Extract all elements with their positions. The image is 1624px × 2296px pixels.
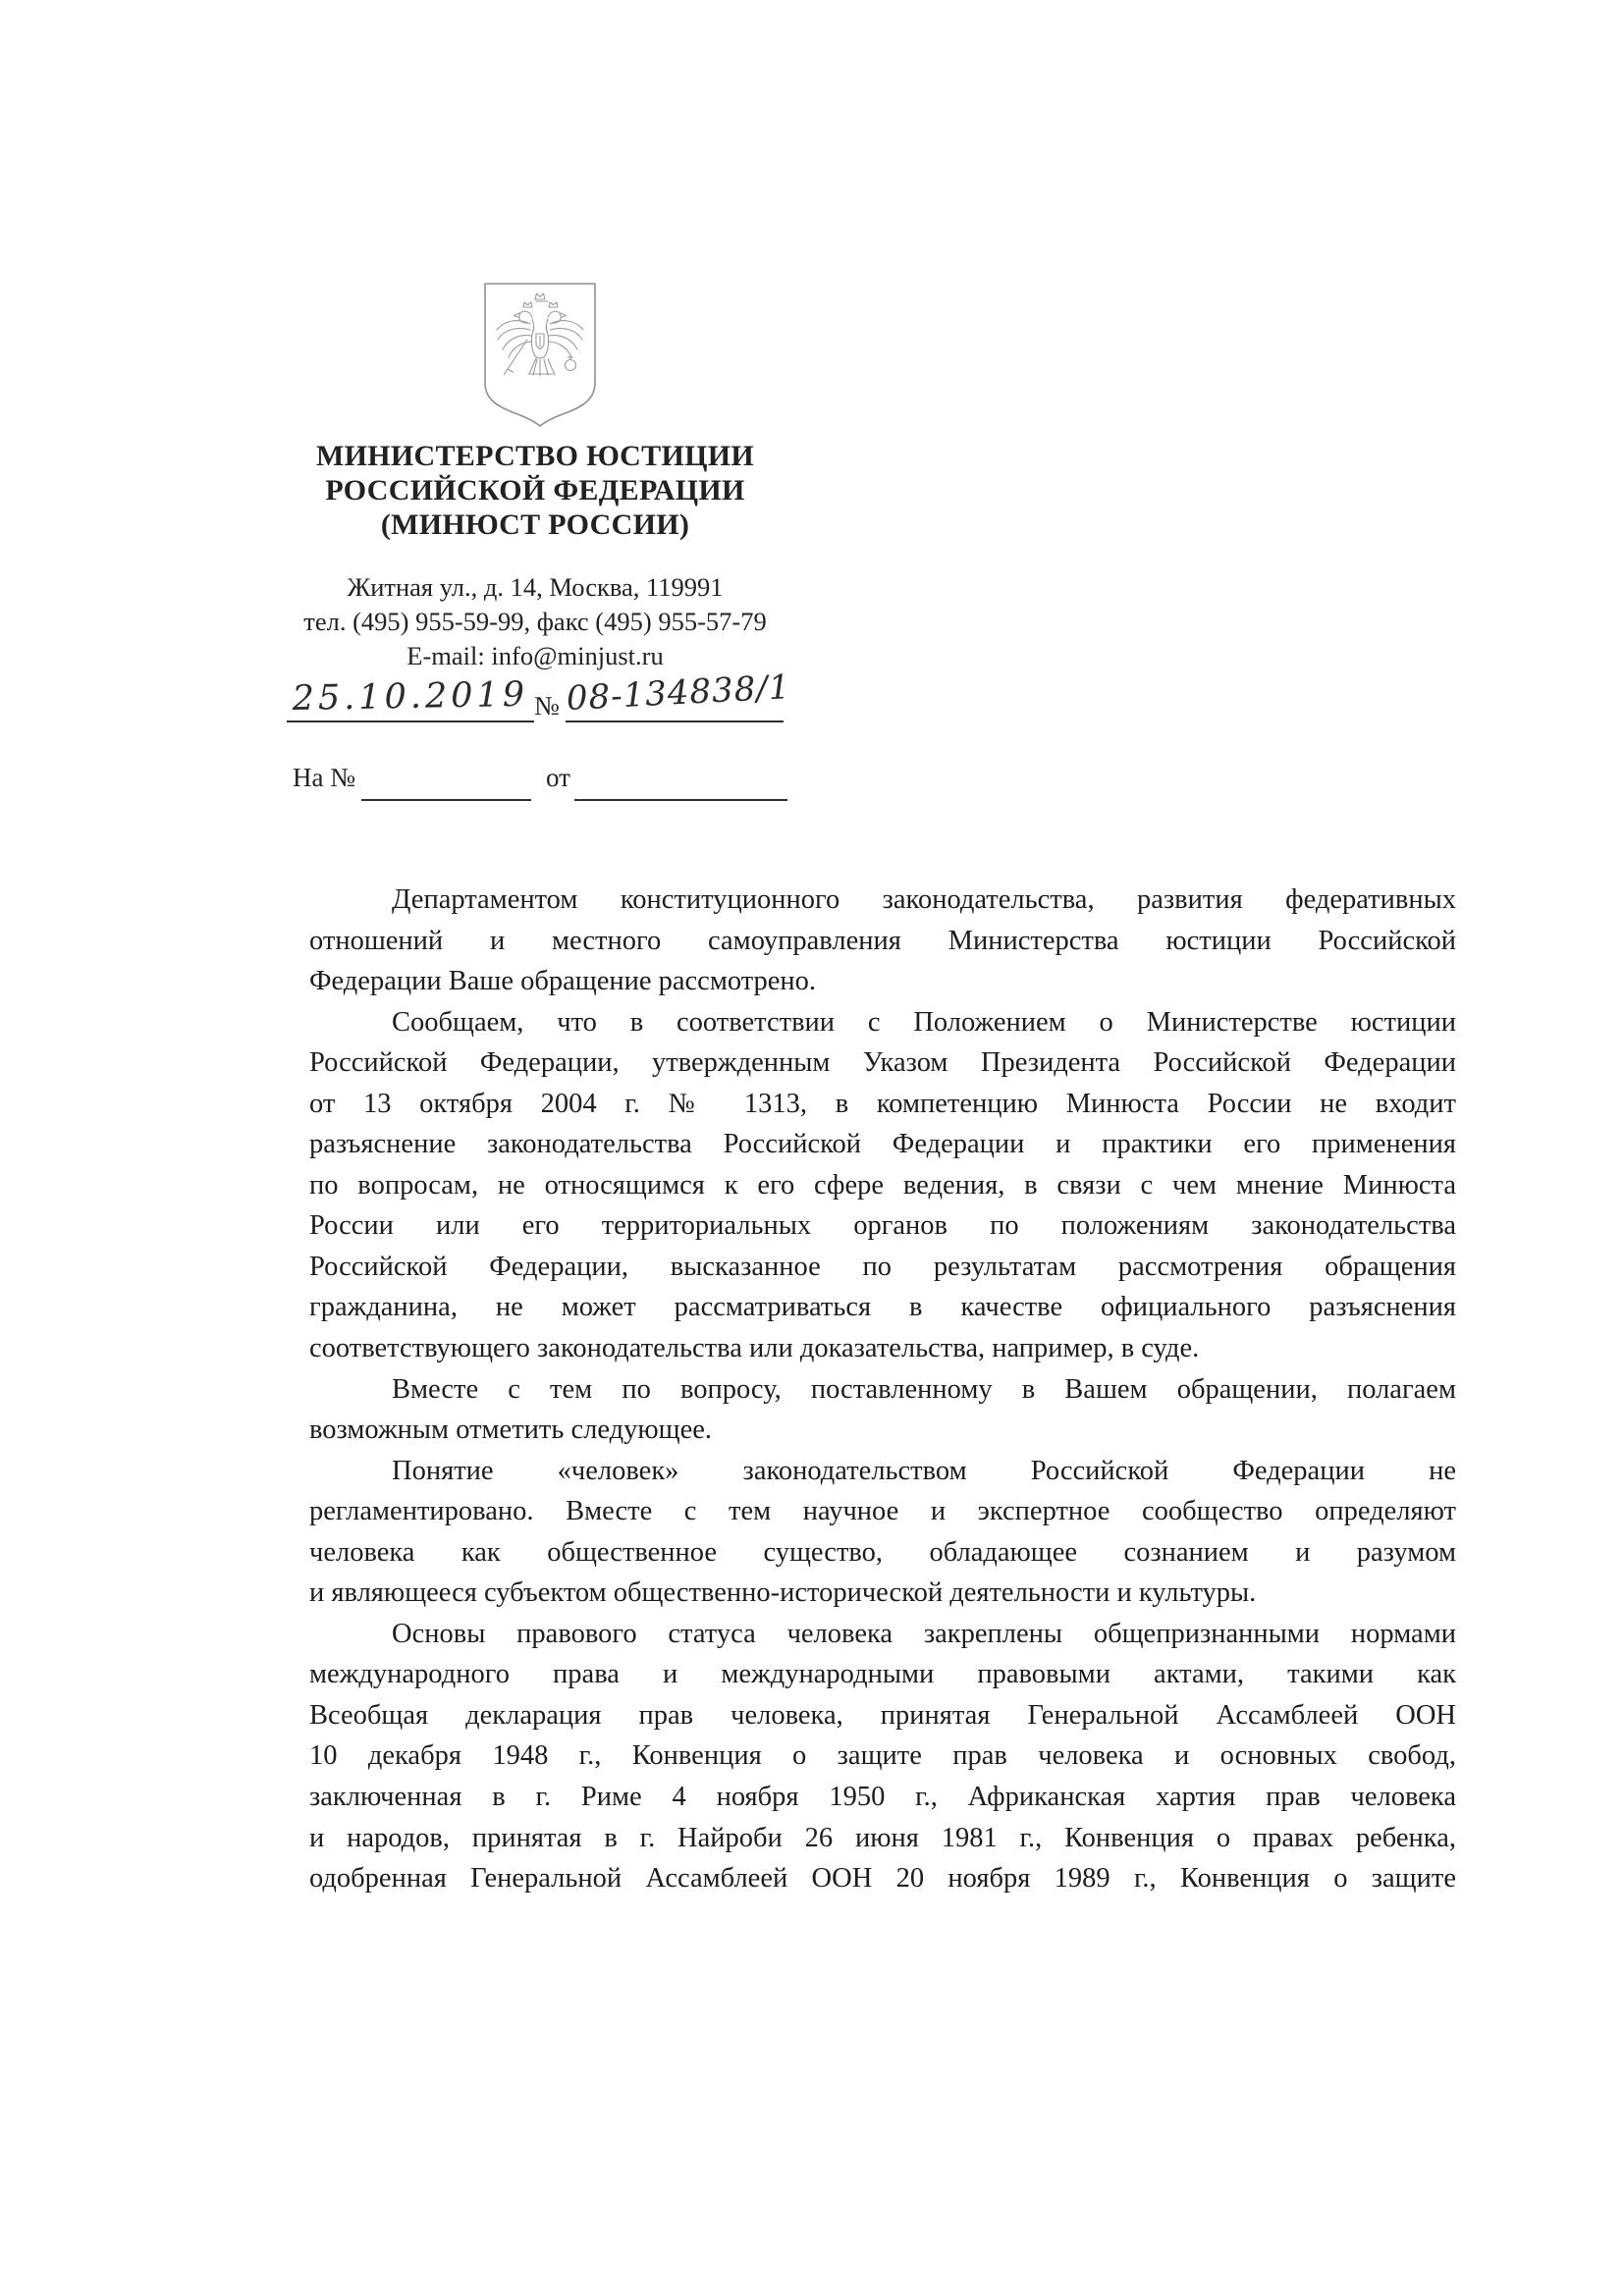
body-line: разъяснение законодательства Российской … xyxy=(309,1124,1456,1165)
body-line: Всеобщая декларация прав человека, приня… xyxy=(309,1695,1456,1736)
outgoing-number-field: 08-134838/1 xyxy=(566,681,784,722)
outgoing-date-field: 25.10.2019 xyxy=(287,681,534,722)
phone-fax-line: тел. (495) 955-59-99, факс (495) 955-57-… xyxy=(241,605,830,639)
body-line: Вместе с тем по вопросу, поставленному в… xyxy=(309,1369,1456,1411)
body-line: возможным отметить следующее. xyxy=(309,1410,1456,1451)
body-line: соответствующего законодательства или до… xyxy=(309,1328,1456,1369)
address-block: Житная ул., д. 14, Москва, 119991 тел. (… xyxy=(241,570,830,673)
body-line: одобренная Генеральной Ассамблеей ООН 20… xyxy=(309,1858,1456,1899)
body-line: Понятие «человек» законодательством Росс… xyxy=(309,1451,1456,1492)
body-line: Сообщаем, что в соответствии с Положение… xyxy=(309,1002,1456,1043)
body-line: человека как общественное существо, обла… xyxy=(309,1532,1456,1574)
body-line: заключенная в г. Риме 4 ноября 1950 г., … xyxy=(309,1777,1456,1818)
ministry-name-block: МИНИСТЕРСТВО ЮСТИЦИИ РОССИЙСКОЙ ФЕДЕРАЦИ… xyxy=(241,439,830,542)
reply-to-label: На № xyxy=(293,763,355,793)
body-line: России или его территориальных органов п… xyxy=(309,1205,1456,1247)
body-line: и народов, принятая в г. Найроби 26 июня… xyxy=(309,1818,1456,1859)
body-line: Основы правового статуса человека закреп… xyxy=(309,1614,1456,1655)
handwritten-date: 25.10.2019 xyxy=(292,675,528,719)
address-line: Житная ул., д. 14, Москва, 119991 xyxy=(241,570,830,605)
body-line: международного права и международными пр… xyxy=(309,1654,1456,1695)
body-line: по вопросам, не относящимся к его сфере … xyxy=(309,1165,1456,1206)
coat-of-arms-icon xyxy=(479,279,601,428)
body-line: Федерации Ваше обращение рассмотрено. xyxy=(309,961,1456,1002)
email-line: E-mail: info@minjust.ru xyxy=(241,639,830,673)
body-line: от 13 октября 2004 г. № 1313, в компетен… xyxy=(309,1084,1456,1125)
numero-sign: № xyxy=(534,691,560,721)
letter-page: МИНИСТЕРСТВО ЮСТИЦИИ РОССИЙСКОЙ ФЕДЕРАЦИ… xyxy=(0,0,1624,2296)
ministry-name-line: МИНИСТЕРСТВО ЮСТИЦИИ xyxy=(241,439,830,473)
ministry-name-line: (МИНЮСТ РОССИИ) xyxy=(241,507,830,542)
reply-date-blank xyxy=(574,762,787,801)
handwritten-number: 08-134838/1 xyxy=(566,667,791,719)
reply-number-blank xyxy=(361,762,531,801)
body-line: и являющееся субъектом общественно-истор… xyxy=(309,1573,1456,1614)
body-line: регламентировано. Вместе с тем научное и… xyxy=(309,1491,1456,1532)
body-line: 10 декабря 1948 г., Конвенция о защите п… xyxy=(309,1735,1456,1777)
reply-from-label: от xyxy=(546,763,570,793)
body-line: Российской Федерации, утвержденным Указо… xyxy=(309,1042,1456,1084)
body-line: Департаментом конституционного законодат… xyxy=(309,880,1456,921)
body-text: Департаментом конституционного законодат… xyxy=(309,880,1456,1899)
body-line: отношений и местного самоуправления Мини… xyxy=(309,921,1456,962)
body-line: Российской Федерации, высказанное по рез… xyxy=(309,1247,1456,1288)
body-line: гражданина, не может рассматриваться в к… xyxy=(309,1287,1456,1328)
ministry-name-line: РОССИЙСКОЙ ФЕДЕРАЦИИ xyxy=(241,473,830,507)
